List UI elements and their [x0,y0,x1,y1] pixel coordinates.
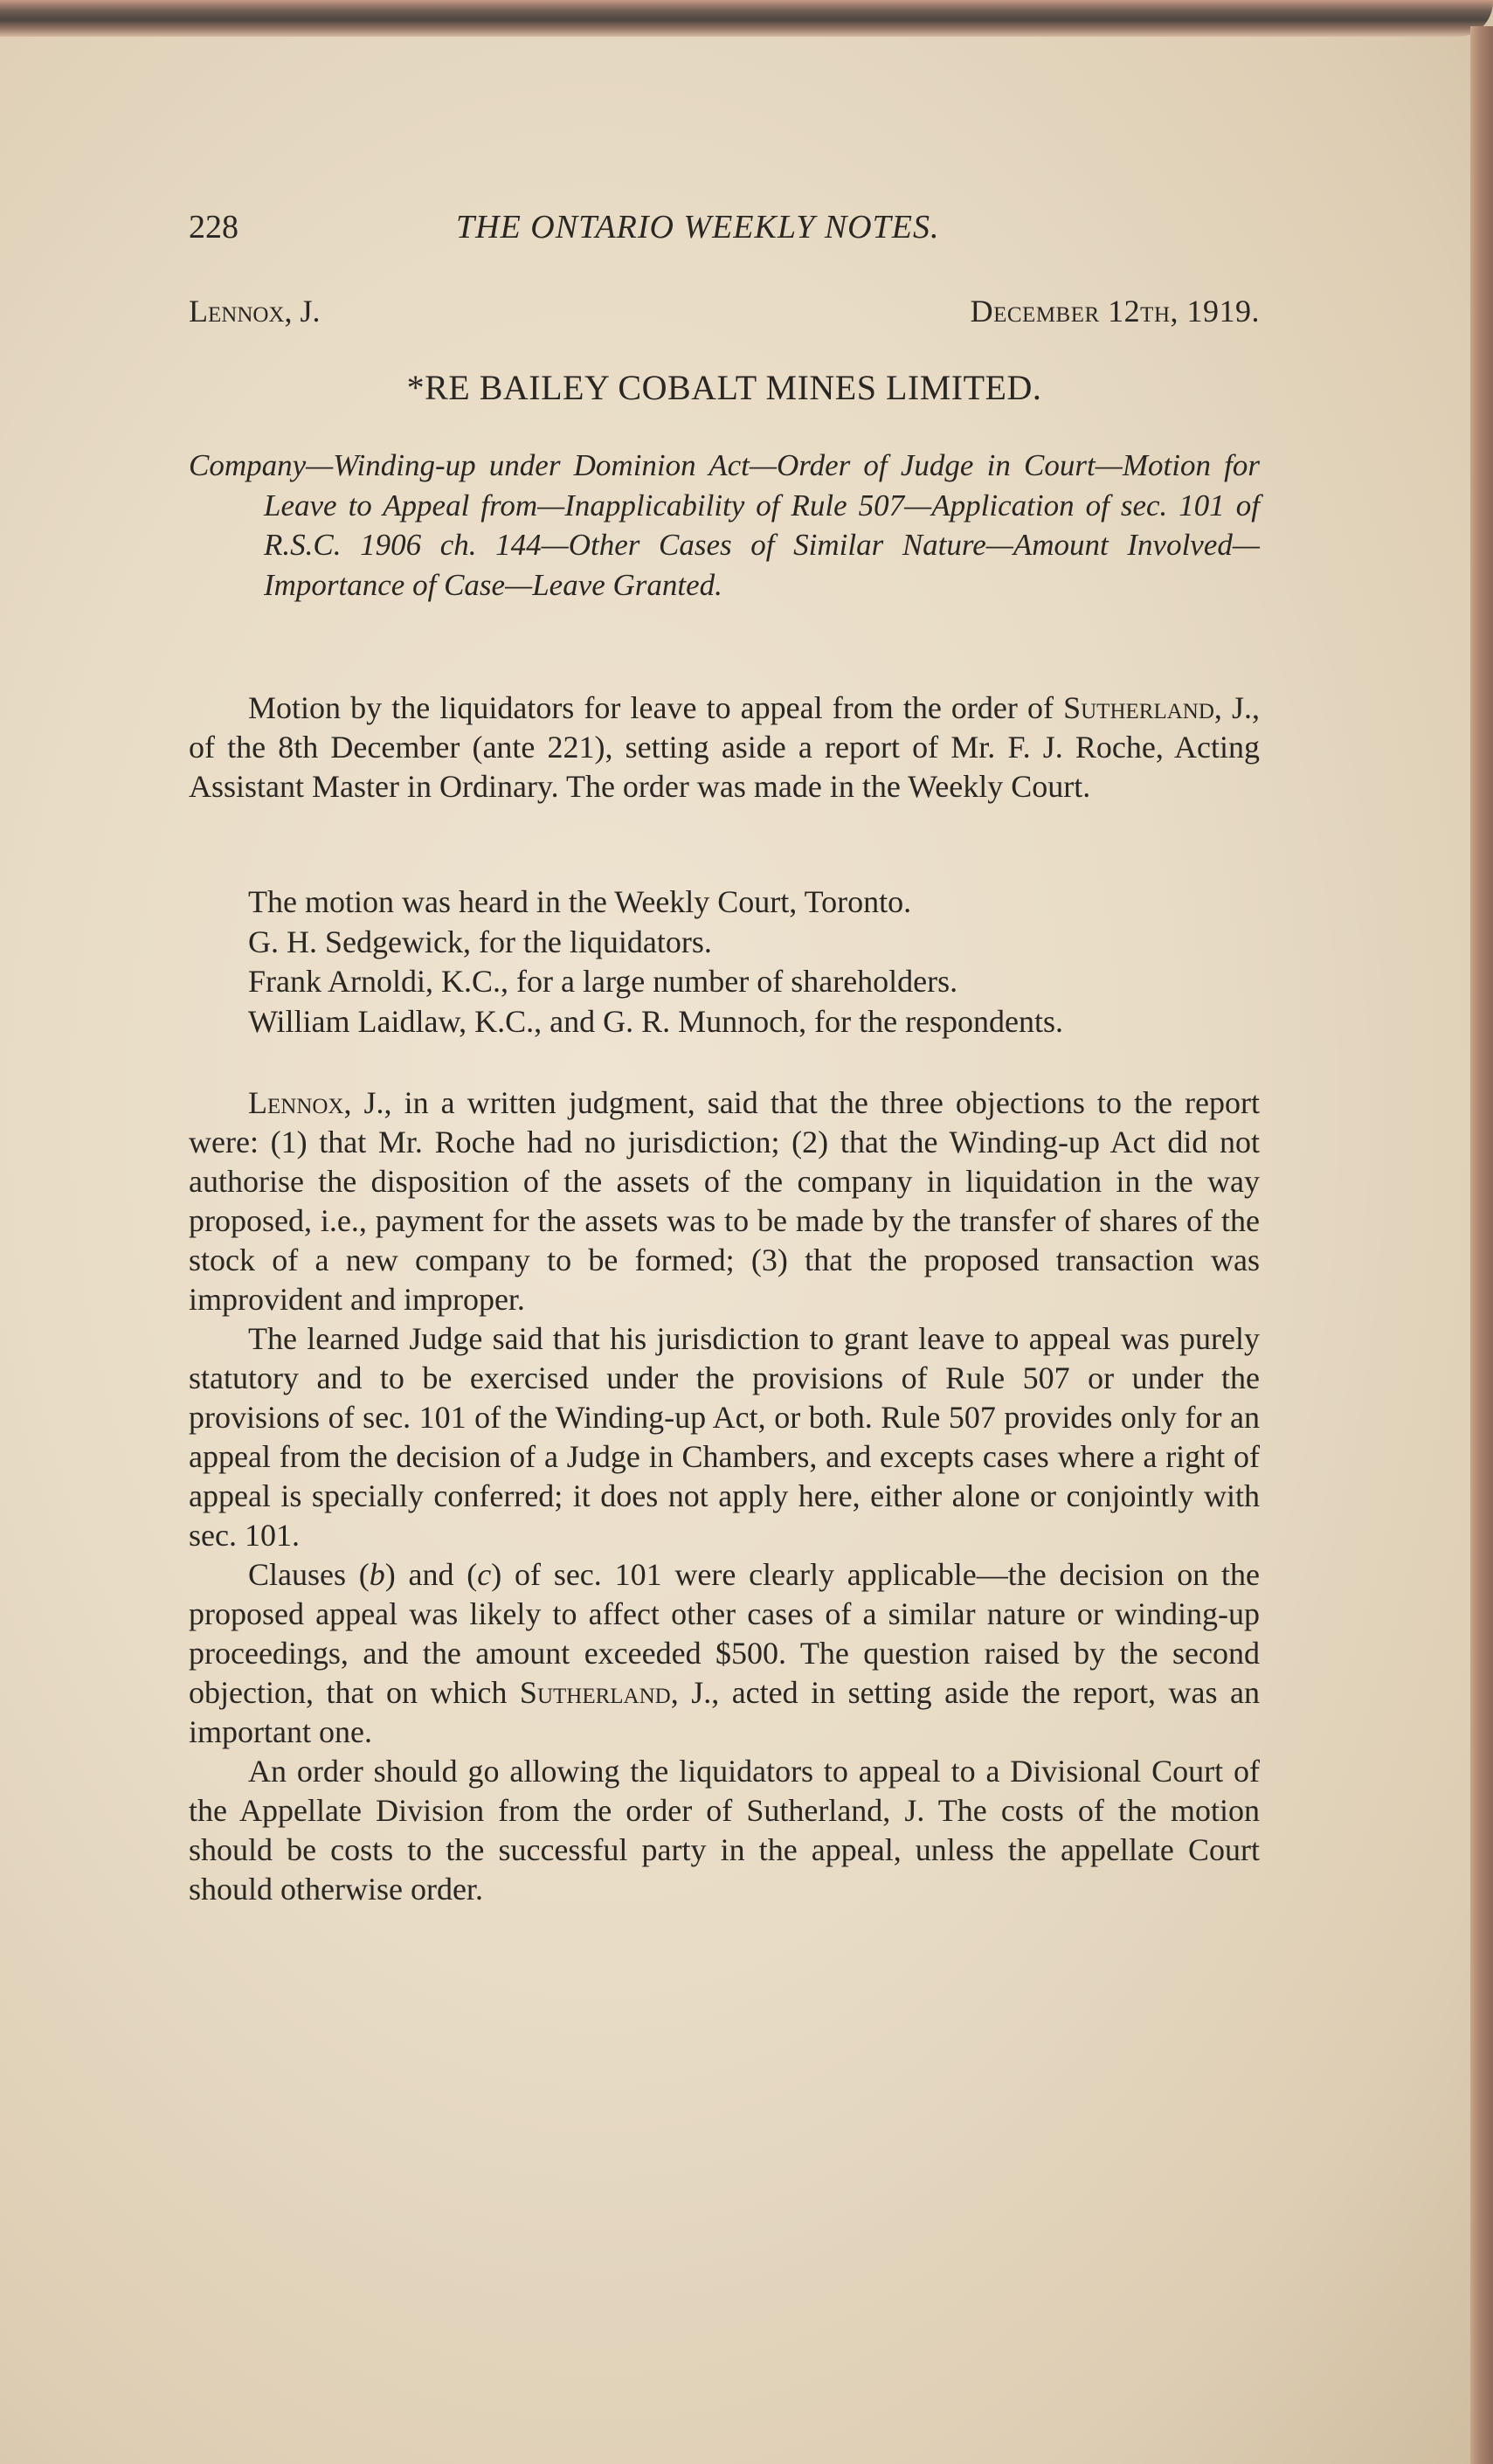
decision-date: December 12th, 1919. [971,293,1260,329]
case-title: *RE BAILEY COBALT MINES LIMITED. [189,367,1260,408]
journal-title: THE ONTARIO WEEKLY NOTES. [456,208,939,246]
counsel-line: William Laidlaw, K.C., and G. R. Munnoch… [248,1002,1261,1042]
book-top-edge [0,0,1493,37]
judgment-body: Lennox, J., in a written judgment, said … [189,1083,1260,1909]
paragraph-text: ) and ( [385,1557,478,1592]
clause-letter: b [370,1557,385,1592]
book-spine-edge [1470,26,1493,2464]
counsel-line: The motion was heard in the Weekly Court… [248,882,1261,923]
counsel-line: G. H. Sedgewick, for the liquidators. [248,923,1261,963]
headnote: Company—Winding-up under Dominion Act—Or… [189,446,1260,605]
judgment-paragraph-2: The learned Judge said that his jurisdic… [189,1319,1260,1555]
paragraph-text: , J., in a written judgment, said that t… [189,1085,1260,1317]
intro-text-1: Motion by the liquidators for leave to a… [248,690,1063,725]
intro-paragraph: Motion by the liquidators for leave to a… [189,689,1260,806]
judge-name-smallcaps: Sutherland [520,1675,671,1710]
running-head: 228 THE ONTARIO WEEKLY NOTES. [189,208,1260,252]
judgment-paragraph-3: Clauses (b) and (c) of sec. 101 were cle… [189,1555,1260,1752]
clause-letter: c [477,1557,491,1592]
book-page: 228 THE ONTARIO WEEKLY NOTES. Lennox, J.… [0,0,1493,2464]
counsel-list: The motion was heard in the Weekly Court… [248,882,1261,1042]
judge-name-smallcaps: Sutherland [1063,690,1214,725]
judgment-paragraph-4: An order should go allowing the liquidat… [189,1752,1260,1909]
judge-name-smallcaps: Lennox [248,1085,343,1120]
judgment-paragraph-1: Lennox, J., in a written judgment, said … [189,1083,1260,1319]
page-number: 228 [189,208,238,246]
counsel-line: Frank Arnoldi, K.C., for a large number … [248,962,1261,1002]
paragraph-text: Clauses ( [248,1557,370,1592]
judge-name: Lennox, J. [189,293,321,329]
